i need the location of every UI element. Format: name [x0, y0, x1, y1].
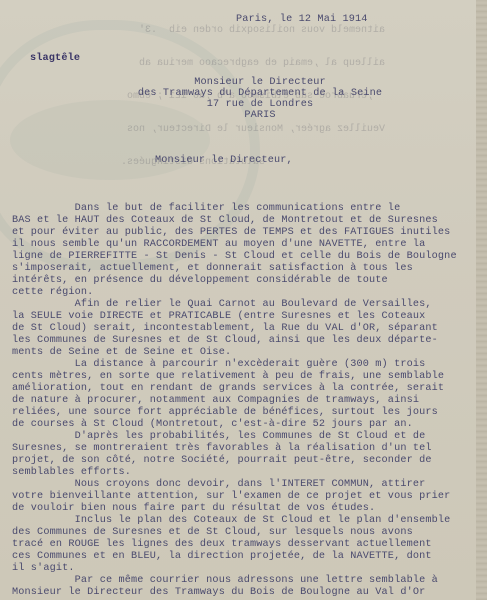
recipient-street: 17 rue de Londres — [200, 99, 320, 110]
body-line: de vouloir bien nous faire part du résul… — [12, 503, 477, 515]
body-line: cents mètres, en sorte que relativement … — [12, 371, 477, 383]
body-line: ces Communes et en BLEU, la direction pr… — [12, 551, 477, 563]
letter-body: Dans le but de faciliter les communicati… — [12, 203, 477, 599]
body-line: cette région. — [12, 287, 477, 299]
body-line: Inclus le plan des Coteaux de St Cloud e… — [12, 515, 477, 527]
letter-date: Paris, le 12 Mai 1914 — [236, 14, 368, 25]
body-line: de courses à St Cloud (Montretout, c'est… — [12, 419, 477, 431]
recipient-organization: des Tramways du Département de la Seine — [135, 88, 385, 99]
body-line: Afin de relier le Quai Carnot au Bouleva… — [12, 299, 477, 311]
body-line: Suresnes, se montreraient très favorable… — [12, 443, 477, 455]
body-line: les Communes de Suresnes et de St Cloud,… — [12, 335, 477, 347]
body-line: s'imposerait, actuellement, et donnerait… — [12, 263, 477, 275]
body-line: BAS et le HAUT des Coteaux de St Cloud, … — [12, 215, 477, 227]
body-line: tracé en ROUGE les lignes des deux tramw… — [12, 539, 477, 551]
body-line: Nous croyons donc devoir, dans l'INTERET… — [12, 479, 477, 491]
body-line: de nature à procurer, notamment aux Comp… — [12, 395, 477, 407]
body-line: la SEULE voie DIRECTE et PRATICABLE (ent… — [12, 311, 477, 323]
body-line: Par ce même courrier nous adressons une … — [12, 575, 477, 587]
recipient-name: Monsieur le Directeur — [190, 77, 330, 88]
body-line: il s'agit. — [12, 563, 477, 575]
body-line: La distance à parcourir n'excèderait guè… — [12, 359, 477, 371]
reference-mark: slagtêle — [30, 53, 80, 64]
body-line: Monsieur le Directeur des Tramways du Bo… — [12, 587, 477, 599]
recipient-city: PARIS — [230, 110, 290, 121]
body-line: intérêts, en présence du développement c… — [12, 275, 477, 287]
body-line: D'après les probabilités, les Communes d… — [12, 431, 477, 443]
body-line: des Communes de Suresnes et de St Cloud,… — [12, 527, 477, 539]
letterhead-watermark-shade — [10, 100, 210, 180]
letter-paper: aitnemeld vous noilisoqxib orden eib .3'… — [0, 0, 476, 600]
show-through-line: Veuillez agréer, Monsieur le Directeur, … — [5, 124, 385, 135]
body-line: votre bienveillante attention, sur l'exa… — [12, 491, 477, 503]
body-line: ligne de PIERREFITTE - St Denis - St Clo… — [12, 251, 477, 263]
body-line: il nous semble qu'un RACCORDEMENT au moy… — [12, 239, 477, 251]
body-line: et pour éviter au public, des PERTES de … — [12, 227, 477, 239]
show-through-line: aitnemeld vous noilisoqxib orden eib .3' — [5, 25, 385, 36]
paper-edge — [476, 0, 487, 600]
body-line: de St Cloud) serait, incontestablement, … — [12, 323, 477, 335]
body-line: Dans le but de faciliter les communicati… — [12, 203, 477, 215]
body-line: amélioration, tout en rendant de grands … — [12, 383, 477, 395]
body-line: reliées, une source fort appréciable de … — [12, 407, 477, 419]
salutation: Monsieur le Directeur, — [155, 155, 293, 166]
body-line: projet, de son côté, notre Société, pour… — [12, 455, 477, 467]
body-line: semblables efforts. — [12, 467, 477, 479]
body-line: ments de Seine et de Seine et Oise. — [12, 347, 477, 359]
